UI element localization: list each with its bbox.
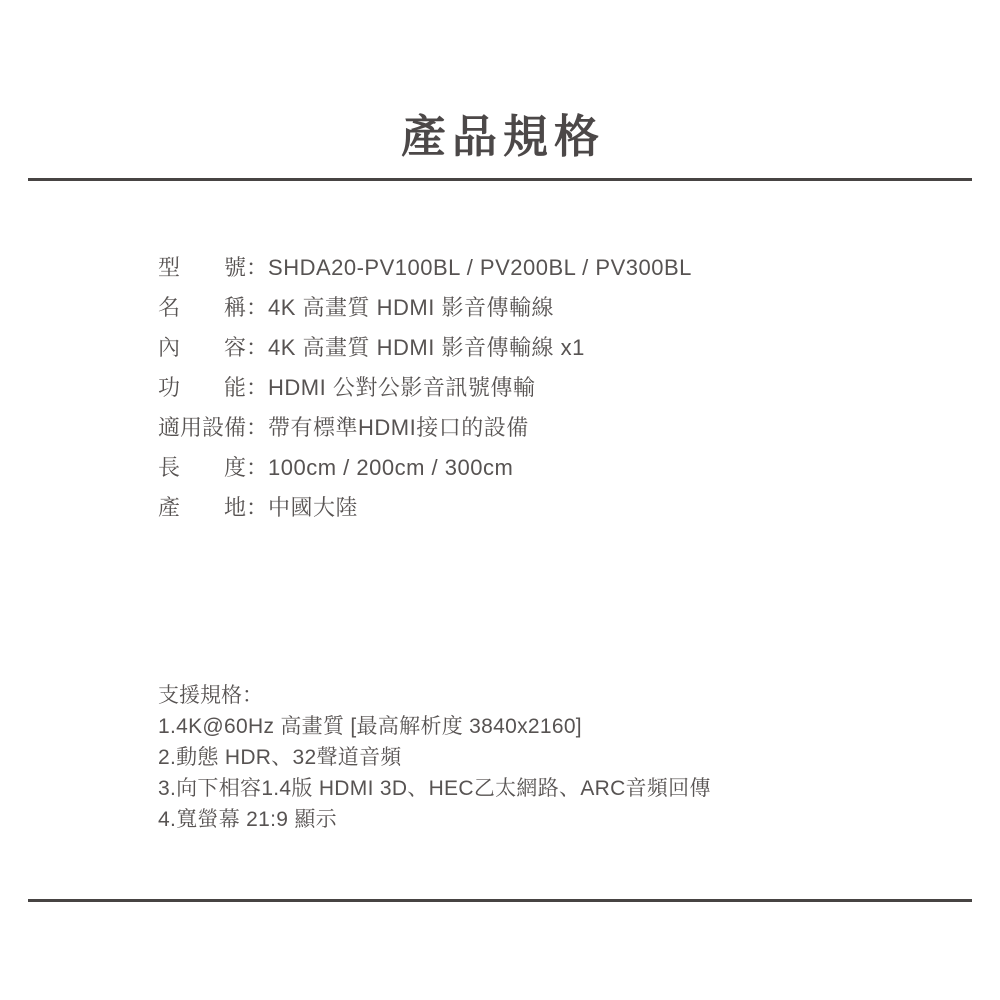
spec-separator: ： [246,248,268,288]
support-spec-item: 3.向下相容1.4版 HDMI 3D、HEC乙太網路、ARC音頻回傳 [158,773,711,804]
spec-row-model: 型號：SHDA20-PV100BL / PV200BL / PV300BL [158,248,692,288]
spec-row-function: 功能：HDMI 公對公影音訊號傳輸 [158,368,692,408]
spec-label: 適用設備 [158,408,246,448]
spec-value: 4K 高畫質 HDMI 影音傳輸線 [268,288,554,328]
spec-row-name: 名稱：4K 高畫質 HDMI 影音傳輸線 [158,288,692,328]
spec-label: 內容 [158,328,246,368]
spec-separator: ： [246,448,268,488]
spec-row-contents: 內容：4K 高畫質 HDMI 影音傳輸線 x1 [158,328,692,368]
spec-label: 名稱 [158,288,246,328]
support-spec-item: 4.寬螢幕 21:9 顯示 [158,804,711,835]
spec-separator: ： [246,368,268,408]
spec-label: 功能 [158,368,246,408]
spec-label: 型號 [158,248,246,288]
support-spec-item: 1.4K@60Hz 高畫質 [最高解析度 3840x2160] [158,711,711,742]
spec-value: SHDA20-PV100BL / PV200BL / PV300BL [268,248,692,288]
spec-row-origin: 產地：中國大陸 [158,488,692,528]
spec-value: 帶有標準HDMI接口的設備 [268,408,529,448]
page-title: 產品規格 [0,100,1000,165]
product-spec-page: 產品規格 型號：SHDA20-PV100BL / PV200BL / PV300… [0,0,1000,1000]
support-specs-heading: 支援規格： [158,680,711,711]
spec-value: 100cm / 200cm / 300cm [268,448,513,488]
top-divider [28,178,972,181]
spec-separator: ： [246,328,268,368]
bottom-divider [28,899,972,902]
spec-row-length: 長度：100cm / 200cm / 300cm [158,448,692,488]
spec-row-compatible-devices: 適用設備：帶有標準HDMI接口的設備 [158,408,692,448]
support-specs-section: 支援規格： 1.4K@60Hz 高畫質 [最高解析度 3840x2160] 2.… [158,680,711,835]
spec-label: 長度 [158,448,246,488]
spec-separator: ： [246,288,268,328]
spec-label: 產地 [158,488,246,528]
spec-value: 4K 高畫質 HDMI 影音傳輸線 x1 [268,328,585,368]
spec-value: 中國大陸 [268,488,358,528]
support-spec-item: 2.動態 HDR、32聲道音頻 [158,742,711,773]
spec-value: HDMI 公對公影音訊號傳輸 [268,368,535,408]
spec-separator: ： [246,408,268,448]
spec-list: 型號：SHDA20-PV100BL / PV200BL / PV300BL 名稱… [158,248,692,528]
spec-separator: ： [246,488,268,528]
